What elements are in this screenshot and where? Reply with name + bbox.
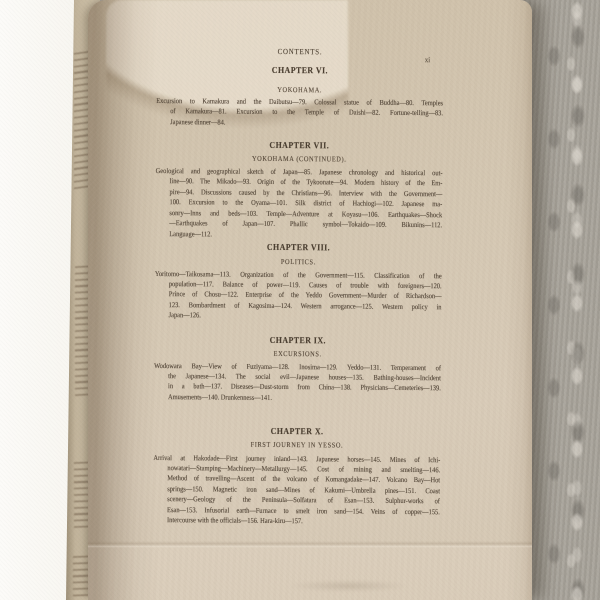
chapter-section: CHAPTER VII. YOKOHAMA (CONTINUED). Geolo…	[157, 0, 444, 2]
contents-title: CONTENTS.	[157, 46, 444, 57]
chapter-body: Geological and geographical sketch of Ja…	[155, 166, 442, 241]
chapter-body: Wodowara Bay—View of Fuziyama—128. Inosi…	[154, 360, 441, 404]
page-edge-text-marks	[73, 556, 89, 597]
chapter-section: CHAPTER VI. YOKOHAMA. Excursion to Kamak…	[157, 0, 444, 2]
chapter-section: CHAPTER IX. EXCURSIONS. Wodowara Bay—Vie…	[157, 0, 444, 2]
chapter-heading: CHAPTER VIII.	[155, 241, 442, 254]
chapter-subtitle: YOKOHAMA.	[156, 84, 443, 94]
chapter-section: CHAPTER X. FIRST JOURNEY IN YESSO. Arriv…	[157, 0, 444, 2]
toc-line: Japan—126.	[154, 310, 441, 323]
chapter-body: Arrival at Hakodade—First journey inland…	[153, 452, 440, 527]
chapter-heading: CHAPTER VI.	[156, 64, 443, 77]
toc-line: Intercourse with the officials—156. Hara…	[153, 515, 440, 528]
chapter-heading: CHAPTER IX.	[154, 334, 441, 347]
chapter-subtitle: FIRST JOURNEY IN YESSO.	[153, 440, 440, 450]
chapter-heading: CHAPTER X.	[154, 425, 441, 438]
chapter-subtitle: YOKOHAMA (CONTINUED).	[156, 154, 443, 164]
book-page: CONTENTS. xi CHAPTER VI. YOKOHAMA. Excur…	[88, 0, 532, 600]
chapter-subtitle: POLITICS.	[155, 257, 442, 267]
chapter-heading: CHAPTER VII.	[156, 139, 443, 152]
chapter-body: Yoritomo—Taikosama—113. Organization of …	[154, 268, 441, 323]
toc-text: CONTENTS. xi CHAPTER VI. YOKOHAMA. Excur…	[152, 0, 444, 600]
chapter-subtitle: EXCURSIONS.	[154, 349, 441, 359]
page-right-shading	[462, 0, 532, 600]
page-gutter-shadow	[88, 0, 158, 600]
page-number: xi	[425, 55, 430, 64]
chapter-body: Excursion to Kamakura and the Daibutsu—7…	[156, 96, 443, 130]
chapter-section: CHAPTER VIII. POLITICS. Yoritomo—Taikosa…	[157, 0, 444, 2]
